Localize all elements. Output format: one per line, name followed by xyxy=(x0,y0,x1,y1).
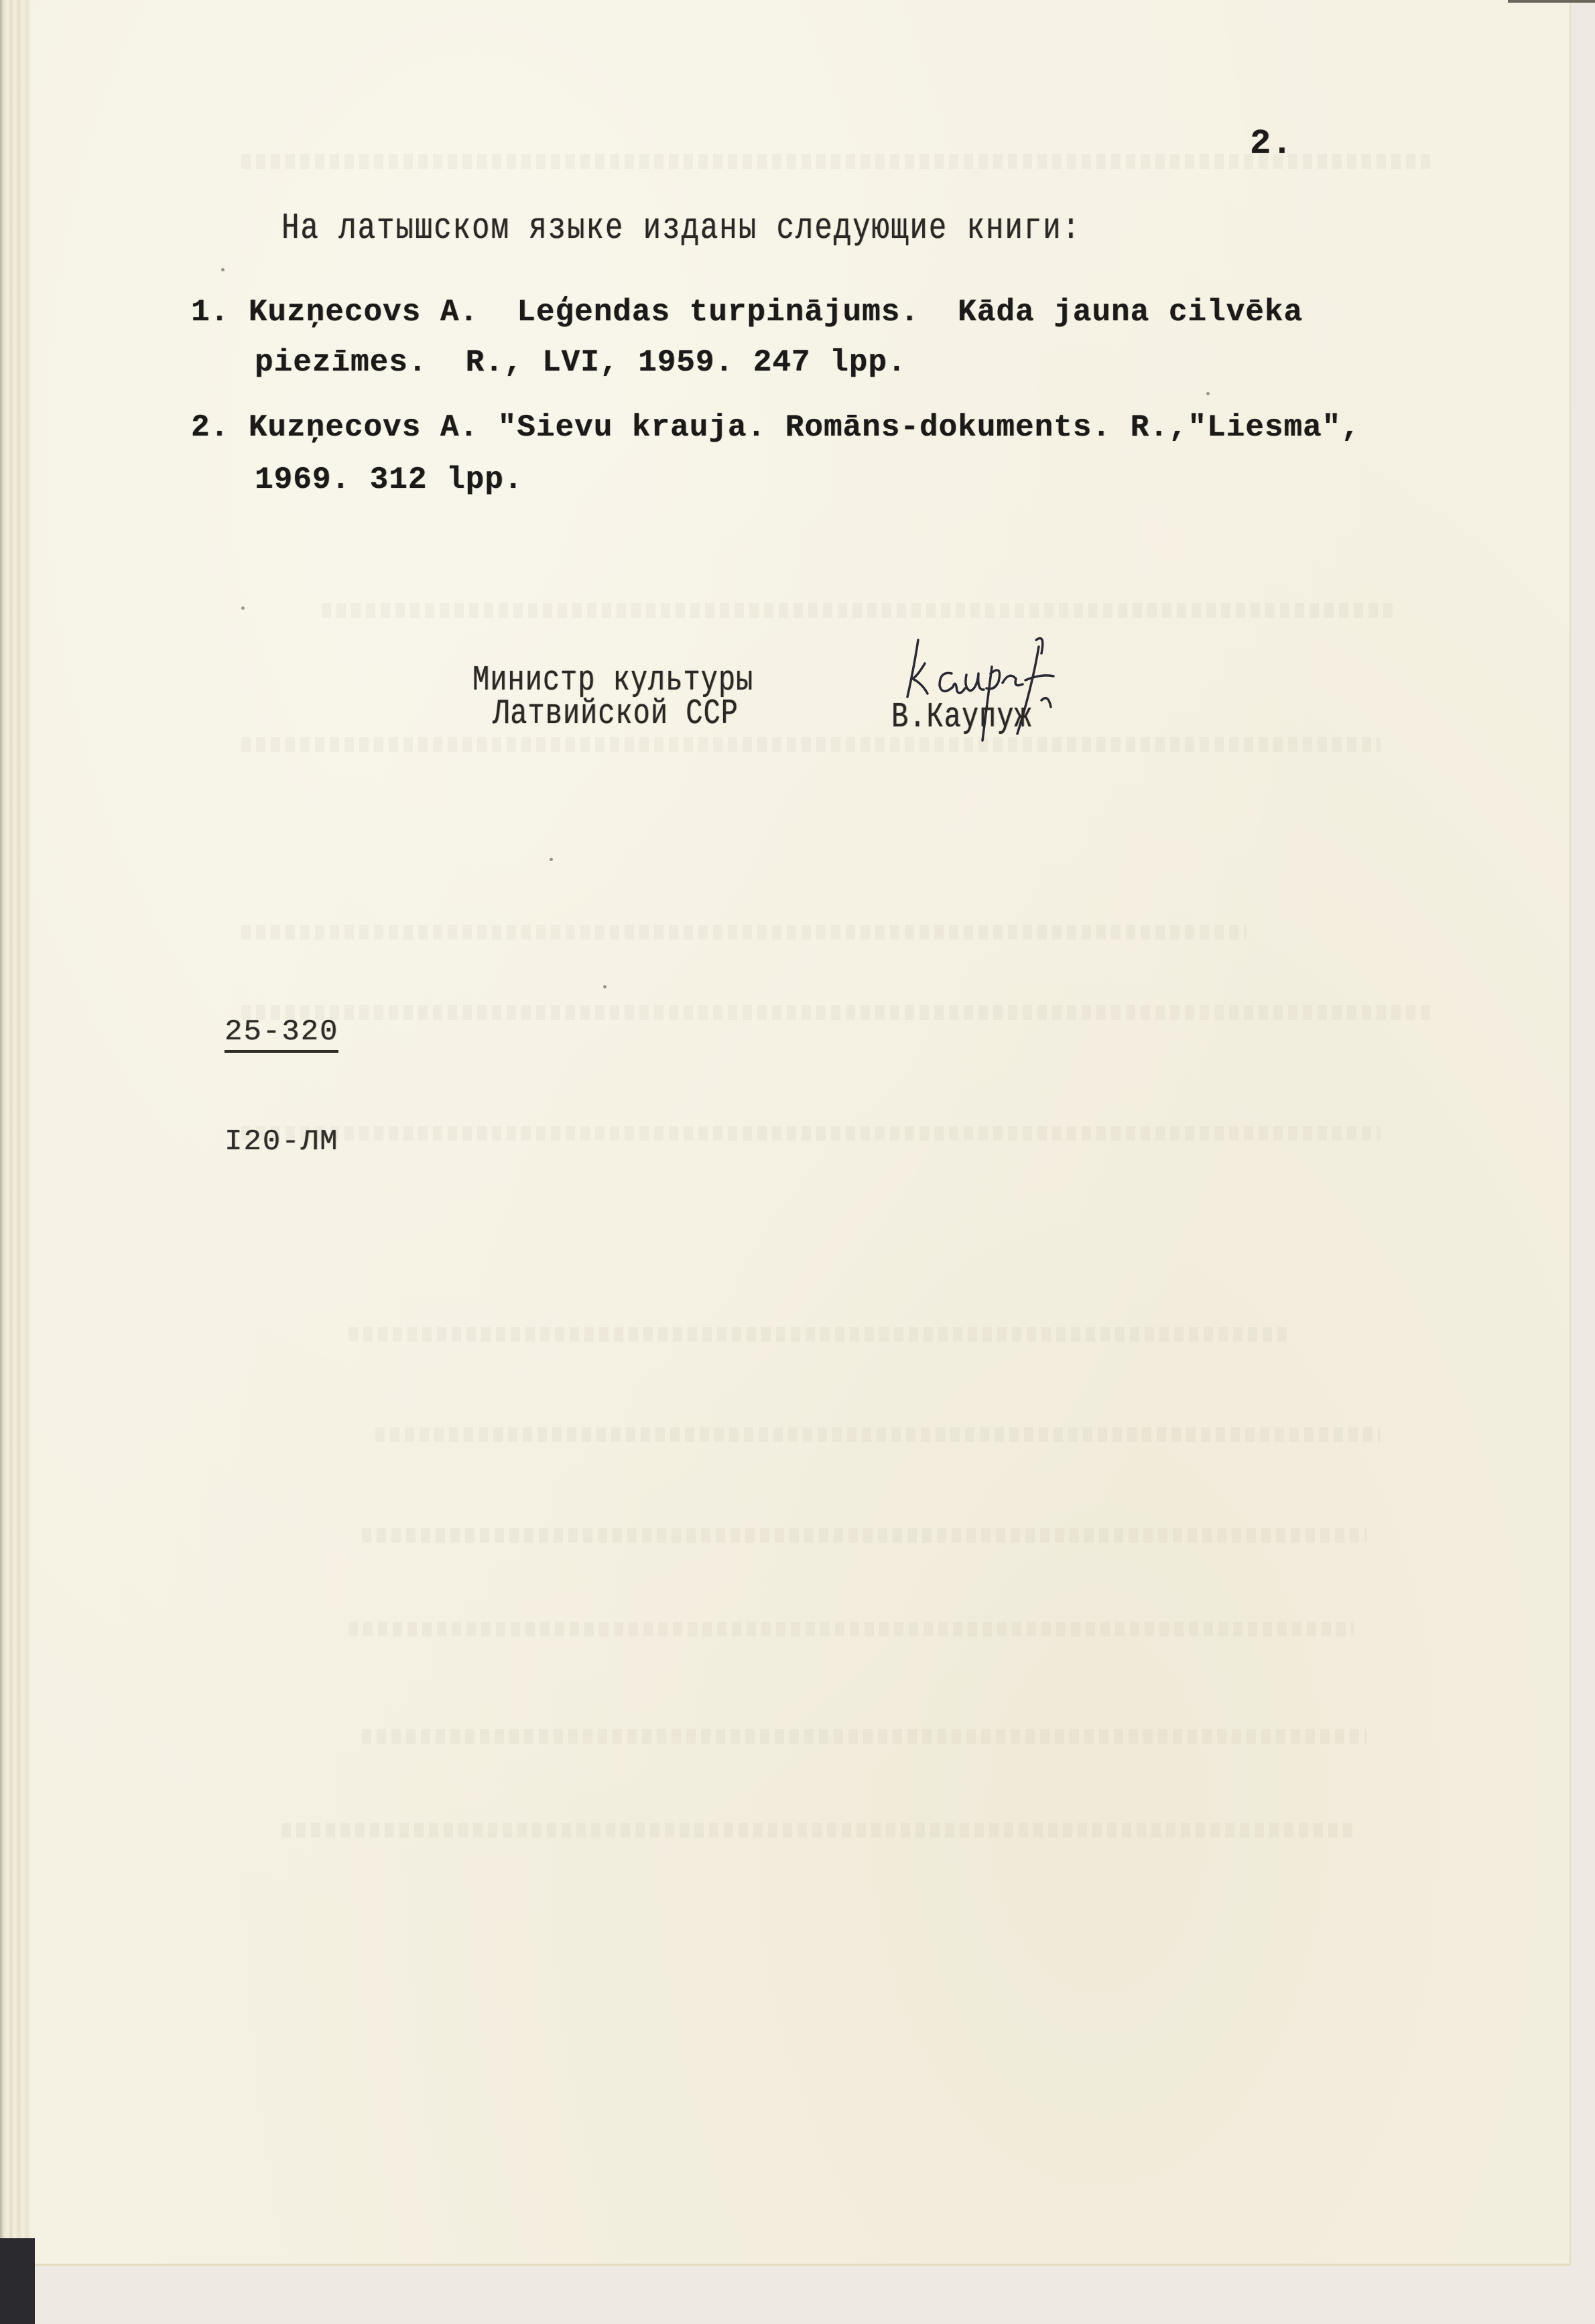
bleed-through-text xyxy=(241,925,1247,940)
bleed-through-text xyxy=(362,1528,1367,1543)
book-entry-1-line-1: 1. Kuzņecovs A. Leģendas turpinājums. Kā… xyxy=(191,295,1303,330)
reference-sub-code: I20-ЛМ xyxy=(225,1125,338,1159)
book-entry-2-line-2: 1969. 312 lpp. xyxy=(255,462,523,497)
intro-heading: На латышском языке изданы следующие книг… xyxy=(281,208,1081,250)
paper-speck xyxy=(1206,392,1210,395)
page-number: 2. xyxy=(1250,124,1293,164)
bleed-through-text xyxy=(241,1005,1434,1020)
bleed-through-text xyxy=(241,737,1381,752)
bleed-through-text xyxy=(281,1823,1354,1837)
page-binding-edge xyxy=(0,0,31,2265)
paper-speck xyxy=(603,985,607,988)
reference-number: 25-320 xyxy=(225,1015,338,1053)
document-page: 2. На латышском языке изданы следующие к… xyxy=(0,0,1571,2266)
bleed-through-text xyxy=(348,1327,1287,1342)
paper-speck xyxy=(221,268,225,271)
reference-code: 25-320 I20-ЛМ xyxy=(225,948,338,1226)
bleed-through-text xyxy=(241,1126,1381,1141)
bleed-through-text xyxy=(348,1622,1354,1636)
paper-speck xyxy=(550,858,553,861)
bleed-through-text xyxy=(322,603,1394,618)
book-entry-2-line-1: 2. Kuzņecovs A. "Sievu krauja. Romāns-do… xyxy=(191,410,1360,445)
signatory-name: В.Каупуж xyxy=(891,697,1032,737)
scan-shadow-edge xyxy=(1508,0,1595,3)
scan-dark-corner xyxy=(0,2238,35,2324)
book-entry-1-line-2: piezīmes. R., LVI, 1959. 247 lpp. xyxy=(255,345,907,380)
paper-speck xyxy=(241,606,245,610)
bleed-through-text xyxy=(362,1729,1367,1744)
signatory-title-line-2: Латвийской ССР xyxy=(493,694,739,734)
bleed-through-text xyxy=(375,1427,1381,1442)
